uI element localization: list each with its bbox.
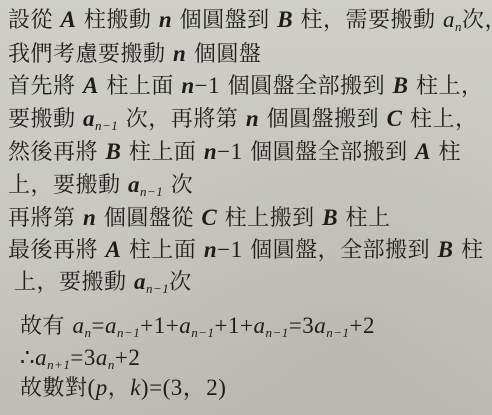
- var-n: n: [204, 139, 217, 164]
- peg-label-b: B: [438, 237, 454, 262]
- peg-label-a: A: [106, 237, 122, 262]
- text: 柱: [439, 140, 462, 165]
- text: 柱搬動: [84, 8, 152, 33]
- paren-open: (: [88, 375, 96, 400]
- text: 柱上，: [410, 107, 478, 132]
- var-k: k: [130, 375, 141, 400]
- text: 個圓盤全部搬到: [228, 74, 386, 99]
- text: 故有: [20, 314, 65, 339]
- text: 柱上面: [129, 140, 197, 165]
- equals: =: [149, 375, 162, 400]
- text-line-3: 首先將 A 柱上面 n−1 個圓盤全部搬到 B 柱上，: [8, 72, 484, 101]
- var-a: a: [35, 345, 47, 370]
- var-n: n: [159, 7, 172, 32]
- subscript: n−1: [326, 325, 349, 340]
- text: 次，再將第: [126, 107, 239, 132]
- text-line-8: 最後再將 A 柱上面 n−1 個圓盤，全部搬到 B 柱: [8, 236, 484, 265]
- var-a: a: [128, 172, 140, 197]
- subscript: n−1: [146, 281, 169, 296]
- minus-one: −1: [217, 237, 242, 262]
- peg-label-c: C: [201, 205, 217, 230]
- var-a: a: [105, 313, 117, 338]
- therefore-symbol: ∴: [20, 345, 35, 370]
- plus-one: +1+: [215, 313, 254, 338]
- text: 柱，需要搬動: [301, 8, 436, 33]
- text-line-4: 要搬動 an−1 次，再將第 n 個圓盤搬到 C 柱上，: [8, 105, 477, 134]
- answer-line: 故數對(p，k)=(3，2): [20, 374, 226, 403]
- subscript: n: [108, 357, 115, 372]
- subscript: n−1: [191, 325, 214, 340]
- text-line-9: 上，要搬動 an−1次: [14, 268, 192, 297]
- text: 設從: [8, 8, 53, 33]
- text: 柱上面: [106, 74, 174, 99]
- equals: =: [92, 313, 105, 338]
- text: 上，要搬動: [8, 173, 121, 198]
- var-a: a: [253, 313, 265, 338]
- subscript: n−1: [140, 184, 163, 199]
- peg-label-b: B: [322, 205, 338, 230]
- peg-label-b: B: [106, 139, 122, 164]
- peg-label-b: B: [393, 73, 409, 98]
- var-n: n: [173, 41, 186, 66]
- var-a: a: [179, 313, 191, 338]
- peg-label-c: C: [387, 106, 403, 131]
- var-p: p: [96, 375, 108, 400]
- var-a: a: [73, 313, 85, 338]
- text: 柱: [461, 238, 484, 263]
- peg-label-a: A: [61, 7, 77, 32]
- text: 個圓盤全部搬到: [250, 140, 408, 165]
- text: 柱上面: [129, 238, 197, 263]
- text: 最後再將: [8, 238, 98, 263]
- var-a: a: [134, 269, 146, 294]
- var-n: n: [83, 205, 96, 230]
- text: 柱上搬到: [225, 206, 315, 231]
- minus-one: −1: [217, 139, 242, 164]
- subscript: n−1: [265, 325, 288, 340]
- var-a: a: [83, 106, 95, 131]
- text: 柱上，: [416, 74, 484, 99]
- subscript: n: [85, 325, 92, 340]
- plus-two: +2: [350, 313, 375, 338]
- text: 再將第: [8, 206, 76, 231]
- text-line-5: 然後再將 B 柱上面 n−1 個圓盤全部搬到 A 柱: [8, 138, 461, 167]
- text: 個圓盤搬到: [267, 107, 380, 132]
- text: 個圓盤，全部搬到: [250, 238, 430, 263]
- equals-three: =3: [70, 345, 95, 370]
- text: 次，: [462, 8, 492, 33]
- text: 要搬動: [8, 107, 76, 132]
- text: 個圓盤到: [180, 8, 270, 33]
- text: 次: [171, 173, 194, 198]
- equation-line-1: 故有 an=an−1+1+an−1+1+an−1=3an−1+2: [20, 312, 375, 341]
- text-line-2: 我們考慮要搬動 n 個圓盤: [8, 40, 261, 69]
- answer-value: (3，2): [163, 375, 227, 400]
- text: 柱上: [346, 206, 391, 231]
- equation-line-2: ∴an+1=3an+2: [20, 344, 140, 373]
- var-a: a: [443, 7, 455, 32]
- subscript: n−1: [95, 118, 118, 133]
- text: 個圓盤從: [104, 206, 194, 231]
- scanned-page: 設從 A 柱搬動 n 個圓盤到 B 柱，需要搬動 an次， 我們考慮要搬動 n …: [0, 0, 492, 415]
- var-a: a: [314, 313, 326, 338]
- text: 我們考慮要搬動: [8, 42, 166, 67]
- plus-two: +2: [115, 345, 140, 370]
- equals-three: =3: [289, 313, 314, 338]
- text: 故數對: [20, 376, 88, 401]
- peg-label-a: A: [83, 73, 99, 98]
- peg-label-b: B: [277, 7, 293, 32]
- text: 個圓盤: [194, 42, 262, 67]
- text: 次: [169, 270, 192, 295]
- var-n: n: [181, 73, 194, 98]
- var-a: a: [96, 345, 108, 370]
- subscript: n: [455, 19, 462, 34]
- minus-one: −1: [195, 73, 220, 98]
- text: 首先將: [8, 74, 76, 99]
- plus-one: +1+: [140, 313, 179, 338]
- var-n: n: [204, 237, 217, 262]
- text: 然後再將: [8, 140, 98, 165]
- subscript: n−1: [117, 325, 140, 340]
- subscript: n+1: [47, 357, 70, 372]
- text-line-7: 再將第 n 個圓盤從 C 柱上搬到 B 柱上: [8, 204, 391, 233]
- var-n: n: [246, 106, 259, 131]
- text-line-6: 上，要搬動 an−1 次: [8, 171, 193, 200]
- text-line-1: 設從 A 柱搬動 n 個圓盤到 B 柱，需要搬動 an次，: [8, 6, 492, 35]
- comma: ，: [108, 376, 131, 401]
- text: 上，要搬動: [14, 270, 127, 295]
- paren-close: ): [141, 375, 149, 400]
- peg-label-a: A: [415, 139, 431, 164]
